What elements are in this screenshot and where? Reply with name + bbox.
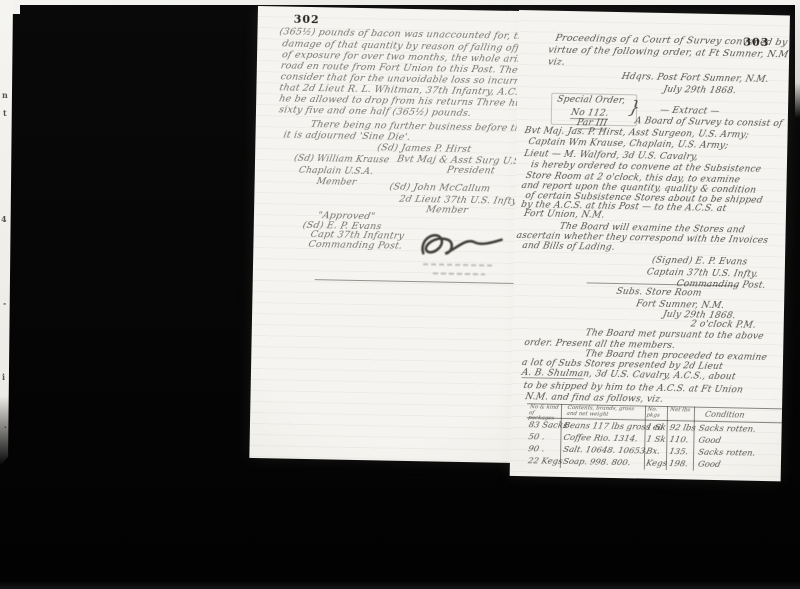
table-cell: Salt. 10648. 10653. (562, 445, 649, 457)
session-line: 2 o'clock P.M. (690, 320, 757, 331)
dateline-date: July 29th 1868. (662, 85, 737, 96)
signature-line: Member (425, 204, 469, 216)
signature-line: (Sd) William Krause (293, 154, 390, 166)
signature-flourish (415, 225, 506, 269)
stores-table: No & kind of packages Contents, brands, … (526, 403, 785, 478)
signature-line: Chaplain U.S.A. (298, 166, 374, 177)
table-cell: 22 Kegs (527, 456, 563, 467)
dateline-place: Hdqrs. Post Fort Sumner, N.M. (621, 72, 770, 85)
table-cell: Good (697, 460, 721, 470)
table-cell: 50 . (527, 432, 545, 442)
table-cell: 90 . (527, 444, 545, 454)
signature-line: (Sd) James P. Hirst (376, 142, 472, 155)
page-303: 303 Proceedings of a Court of Survey con… (510, 10, 790, 481)
film-edge-bottom (0, 580, 800, 589)
brace-glyph: } (627, 98, 642, 118)
handwriting-line: it is adjourned 'Sine Die'. (282, 130, 411, 143)
film-edge-right (795, 0, 800, 118)
table-cell: Good (697, 436, 721, 446)
table-cell: 198. (668, 459, 689, 469)
handwriting-line: viz. (547, 57, 566, 68)
edge-text-fragment: . (4, 420, 7, 430)
edge-text-fragment: t (3, 108, 7, 118)
signature-block-president: (Sd) James P. Hirst Bvt Maj & Asst Surg … (258, 6, 530, 11)
edge-text-fragment: i (2, 372, 5, 382)
page-302: 302 (365½) pounds of bacon was unaccount… (249, 6, 530, 463)
entry-end-rule (315, 279, 525, 284)
order-label: Special Order, (556, 95, 626, 106)
film-edge-top (0, 0, 800, 5)
handwriting-line: A Board of Survey to consist of (634, 116, 784, 129)
edge-text-fragment: n (2, 90, 8, 100)
handwriting-line: Fort Union, N.M. (523, 209, 606, 221)
signature-line: (Sd) John McCallum (388, 182, 491, 195)
handwriting-line: and Bills of Lading. (521, 241, 615, 253)
faint-signature-line (433, 272, 485, 275)
signature-line: President (446, 165, 496, 177)
edge-text-fragment: 4 (1, 214, 7, 224)
table-header: Net lbs (670, 408, 695, 414)
table-cell: Kegs (645, 459, 668, 469)
approval-line: Commanding Post. (307, 239, 403, 252)
approval-block: "Approved" (Sd) E. P. Evans Capt 37th In… (258, 6, 530, 11)
table-cell: 110. (668, 435, 689, 445)
table-cell: Sacks rotten. (698, 424, 757, 435)
extract-label: — Extract — (659, 106, 720, 117)
session-line: Subs. Store Room (615, 287, 702, 299)
table-cell: 1 Sk (646, 423, 667, 433)
handwriting-line: sixty five and one half (365½) pounds. (278, 104, 472, 119)
microfilm-frame: n t 4 - i . 302 (365½) pounds of bacon w… (0, 0, 800, 589)
signature-block-member-1: (Sd) William Krause Chaplain U.S.A. Memb… (258, 6, 530, 11)
table-cell: 1 Sk (645, 435, 666, 445)
table-cell: 92 lbs (669, 423, 697, 433)
signed-line: (Signed) E. P. Evans (651, 256, 748, 268)
signature-block-member-2: (Sd) John McCallum 2d Lieut 37th U.S. In… (258, 6, 530, 11)
table-cell: Soap. 998. 800. (562, 457, 631, 468)
film-edge-left: n t 4 - i . (0, 0, 13, 466)
name-underline (522, 377, 584, 379)
table-cell: Bx. (645, 447, 661, 457)
table-header: No. pkgs (646, 408, 666, 419)
table-cell: Sacks rotten. (697, 448, 756, 459)
signature-line: Member (316, 177, 358, 188)
table-header: Contents, brands, gross and net weight (566, 406, 644, 418)
table-header: Condition (704, 411, 745, 420)
signed-title: Captain 37th U.S. Infty. (646, 268, 759, 280)
page-number: 302 (294, 13, 320, 26)
table-column-divider (693, 407, 695, 471)
edge-text-fragment: - (3, 298, 6, 308)
table-cell: Coffee Rio. 1314. (562, 433, 638, 444)
table-cell: 135. (668, 447, 689, 457)
